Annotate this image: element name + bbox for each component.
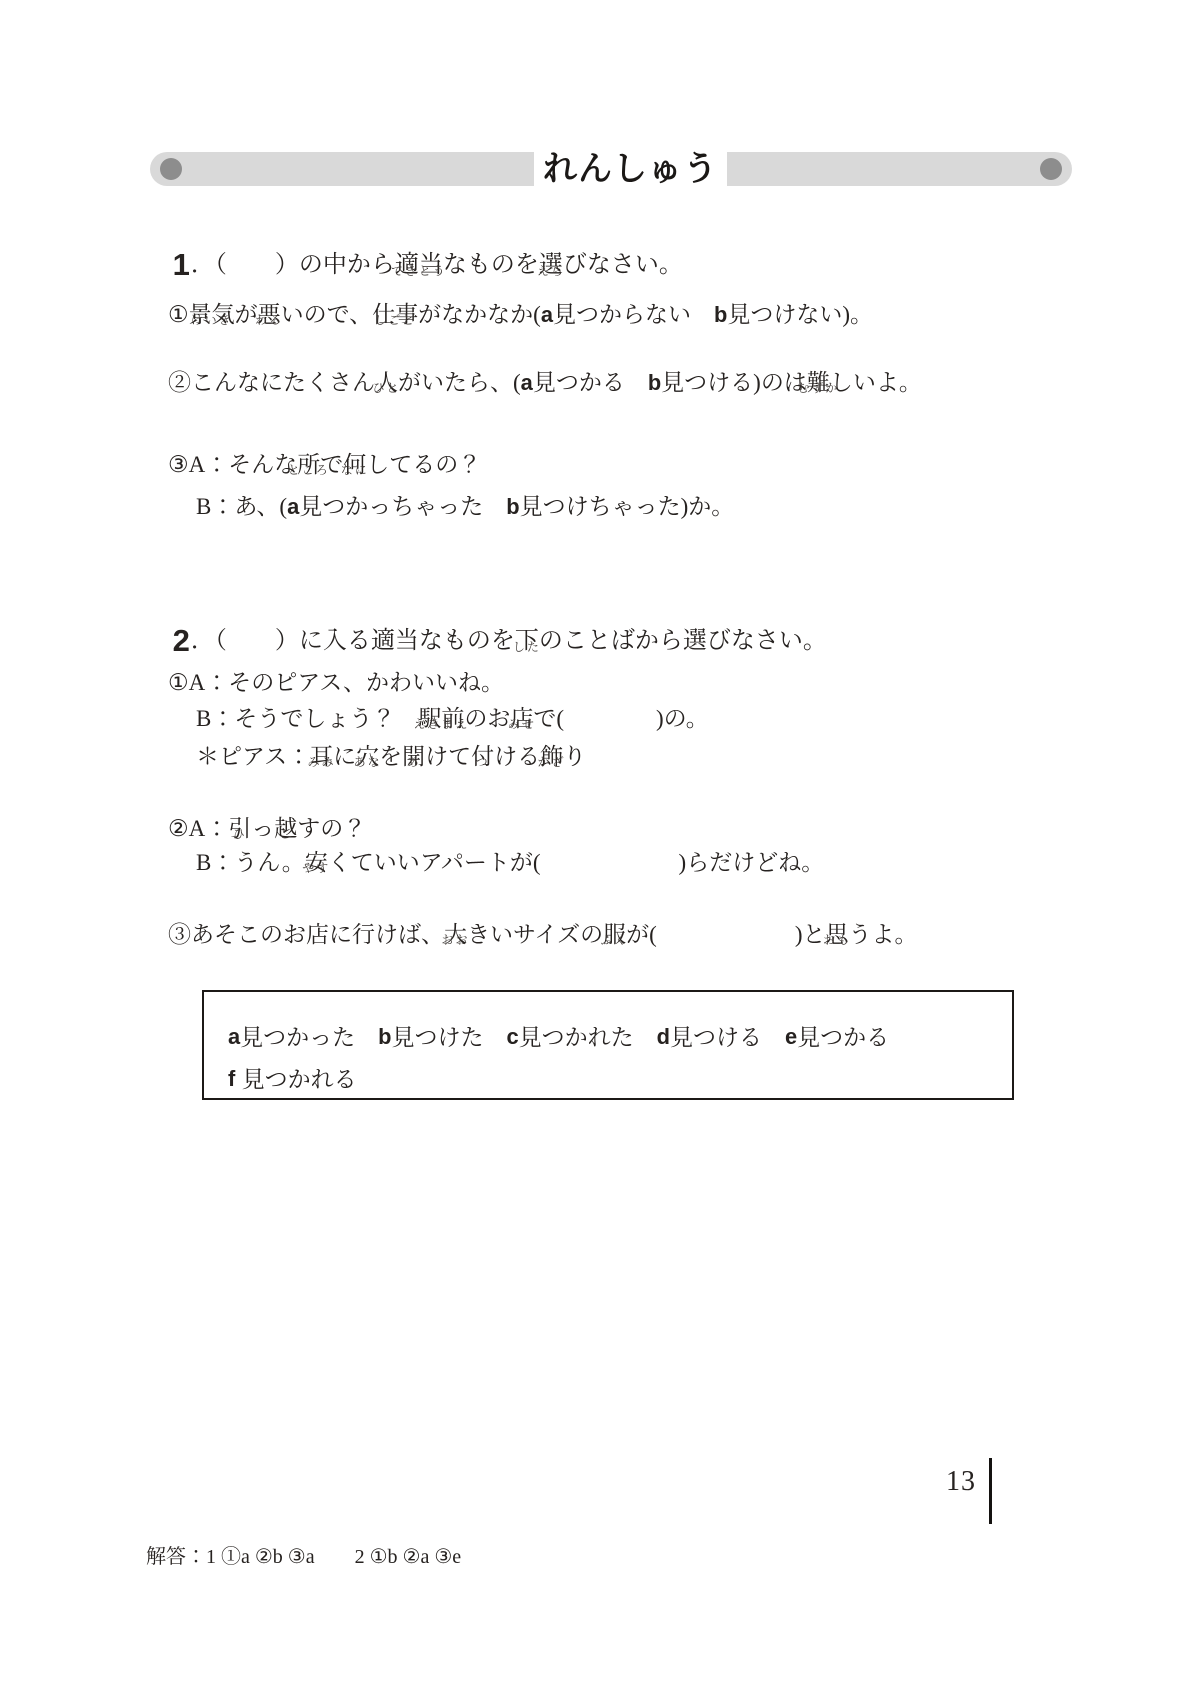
page-title: れんしゅう bbox=[534, 152, 727, 186]
text-segment: ①A：そのピアス、かわいいね。 bbox=[168, 668, 504, 698]
text-segment: きいサイズの bbox=[467, 920, 603, 950]
text-segment: 何なに bbox=[343, 450, 366, 480]
text-segment: くていいアパートが( )らだけどね。 bbox=[328, 848, 824, 878]
furigana-reading: ひと bbox=[372, 382, 400, 394]
option-letter: a bbox=[287, 492, 299, 522]
text-segment: けて bbox=[425, 742, 471, 772]
furigana-reading: こ bbox=[279, 828, 293, 840]
furigana-reading: あ bbox=[407, 756, 421, 768]
text-segment: 思おも bbox=[826, 920, 849, 950]
text-segment: しいよ。 bbox=[830, 368, 922, 398]
option-letter: b bbox=[506, 492, 519, 522]
furigana-reading: おお bbox=[441, 934, 469, 946]
text-segment: 引ひ bbox=[228, 814, 251, 844]
text-segment: がなかなか( bbox=[418, 300, 541, 330]
page-number: 13 bbox=[946, 1466, 976, 1498]
text-segment: びなさい。 bbox=[563, 250, 683, 280]
furigana-reading: えきまえ bbox=[413, 718, 469, 730]
section-2-number: 2 bbox=[173, 623, 190, 658]
text-segment: 越こ bbox=[274, 814, 297, 844]
question-line-1-3b: B：あ、(a見つかっちゃった b見つけちゃった)か。 bbox=[196, 492, 734, 522]
furigana-reading: てきとう bbox=[391, 265, 447, 277]
text-segment: ① bbox=[168, 300, 189, 330]
text-segment: ③あそこのお店に行けば、 bbox=[168, 920, 444, 950]
question-line-2-1a: ①A：そのピアス、かわいいね。 bbox=[168, 668, 504, 698]
text-segment: 開あ bbox=[402, 742, 425, 772]
right-dot-icon bbox=[1040, 158, 1062, 180]
text-segment: 見つけた bbox=[392, 1016, 507, 1058]
question-line-2-3: ③あそこのお店に行けば、大おおきいサイズの服ふくが( )と思おもうよ。 bbox=[168, 920, 918, 950]
option-letter: b bbox=[714, 300, 727, 330]
page-number-rule bbox=[989, 1458, 992, 1524]
option-letter: a bbox=[521, 368, 533, 398]
text-segment: 服ふく bbox=[603, 920, 626, 950]
option-letter: c bbox=[507, 1016, 519, 1058]
furigana-reading: した bbox=[513, 641, 541, 653]
text-segment: がいたら、( bbox=[398, 368, 521, 398]
text-segment: ．（ ）に入る適当なものを bbox=[191, 626, 515, 656]
text-segment: り bbox=[563, 742, 586, 772]
text-segment: 見つかっちゃった bbox=[299, 492, 506, 522]
choice-box-line-1: a見つかった b見つけた c見つかれた d見つける e見つかる bbox=[228, 1016, 1012, 1058]
choice-box: a見つかった b見つけた c見つかれた d見つける e見つかる f 見つかれる bbox=[202, 990, 1014, 1100]
text-segment: 見つける bbox=[670, 1016, 785, 1058]
text-segment: 安やす bbox=[305, 848, 328, 878]
option-letter: b bbox=[648, 368, 661, 398]
option-letter: e bbox=[785, 1016, 797, 1058]
furigana-reading: けいき bbox=[191, 314, 233, 326]
furigana-reading: なに bbox=[341, 464, 369, 476]
text-segment: いので、 bbox=[281, 300, 373, 330]
text-segment: 見つかる bbox=[533, 368, 648, 398]
text-segment: が( )と bbox=[626, 920, 825, 950]
text-segment: ③A：そんな bbox=[168, 450, 297, 480]
text-segment: 適当てきとう bbox=[395, 250, 443, 280]
choice-box-line-2: f 見つかれる bbox=[228, 1058, 1012, 1100]
textbook-page: れんしゅう 1．（ ）の中から適当てきとうなものを選えらびなさい。 ①景気けいき… bbox=[0, 0, 1200, 1689]
furigana-reading: わる bbox=[255, 314, 283, 326]
question-line-1-2: ②こんなにたくさん人ひとがいたら、(a見つかる b見つける)のは難むずかしいよ。 bbox=[168, 368, 922, 398]
furigana-reading: えら bbox=[537, 265, 565, 277]
header-bar-left bbox=[150, 152, 534, 186]
text-segment: で( )の。 bbox=[533, 704, 708, 734]
question-line-1-3a: ③A：そんな所ところで何なにしてるの？ bbox=[168, 450, 481, 480]
question-line-2-2a: ②A：引ひっ越こすの？ bbox=[168, 814, 366, 844]
furigana-reading: ひ bbox=[233, 828, 247, 840]
text-segment: うよ。 bbox=[849, 920, 918, 950]
text-segment: 店みせ bbox=[510, 704, 533, 734]
text-segment: を bbox=[379, 742, 402, 772]
text-segment: B：うん。 bbox=[196, 848, 305, 878]
text-segment: ②こんなにたくさん bbox=[168, 368, 375, 398]
question-line-2-2b: B：うん。安やすくていいアパートが( )らだけどね。 bbox=[196, 848, 824, 878]
furigana-reading: みせ bbox=[508, 718, 536, 730]
option-letter: f bbox=[228, 1058, 235, 1100]
furigana-reading: かざ bbox=[538, 756, 566, 768]
option-letter: b bbox=[378, 1016, 391, 1058]
text-segment: ．（ ）の中から bbox=[191, 250, 395, 280]
text-segment: B：そうでしょう？ bbox=[196, 704, 418, 734]
question-line-2-1b: B：そうでしょう？ 駅前えきまえのお店みせで( )の。 bbox=[196, 704, 709, 734]
text-segment: のお bbox=[464, 704, 510, 734]
text-segment: ②A： bbox=[168, 814, 228, 844]
text-segment: 選えら bbox=[539, 250, 563, 280]
text-segment: すの？ bbox=[297, 814, 366, 844]
furigana-reading: ふく bbox=[601, 934, 629, 946]
option-letter: d bbox=[657, 1016, 670, 1058]
practice-header: れんしゅう bbox=[150, 152, 1072, 186]
text-segment: 悪わる bbox=[258, 300, 281, 330]
text-segment: ける bbox=[494, 742, 540, 772]
text-segment: 耳みみ bbox=[310, 742, 333, 772]
text-segment: 見つけない)。 bbox=[727, 300, 873, 330]
text-segment: 見つかれた bbox=[519, 1016, 657, 1058]
text-segment: ＊ピアス： bbox=[196, 742, 310, 772]
option-letter: a bbox=[228, 1016, 240, 1058]
text-segment: 難むずか bbox=[807, 368, 830, 398]
furigana-reading: おも bbox=[823, 934, 851, 946]
text-segment: 所ところ bbox=[297, 450, 320, 480]
text-segment: 見つかった bbox=[240, 1016, 378, 1058]
text-segment: 穴あな bbox=[356, 742, 379, 772]
furigana-reading: あな bbox=[354, 756, 382, 768]
text-segment: してるの？ bbox=[366, 450, 481, 480]
text-segment: 見つけちゃった)か。 bbox=[520, 492, 735, 522]
text-segment: 見つからない bbox=[553, 300, 714, 330]
text-segment: 付つ bbox=[471, 742, 494, 772]
left-dot-icon bbox=[160, 158, 182, 180]
furigana-reading: しごと bbox=[374, 314, 416, 326]
text-segment: 見つける)のは bbox=[661, 368, 807, 398]
text-segment: 仕事しごと bbox=[372, 300, 418, 330]
answer-key: 解答：1 ①a ②b ③a 2 ①b ②a ③e bbox=[146, 1540, 461, 1569]
furigana-reading: つ bbox=[476, 756, 490, 768]
question-line-1-1: ①景気けいきが悪わるいので、仕事しごとがなかなか(a見つからない b見つけない)… bbox=[168, 300, 873, 330]
text-segment: 人ひと bbox=[375, 368, 398, 398]
text-segment: 下した bbox=[515, 626, 539, 656]
text-segment: 飾かざ bbox=[540, 742, 563, 772]
text-segment: 大おお bbox=[444, 920, 467, 950]
section-1-number: 1 bbox=[173, 247, 190, 282]
header-bar-right bbox=[727, 152, 1072, 186]
text-segment: なものを bbox=[443, 250, 539, 280]
option-letter: a bbox=[541, 300, 553, 330]
section-2-title: ．（ ）に入る適当なものを下したのことばから選びなさい。 bbox=[191, 630, 827, 657]
text-segment: のことばから選びなさい。 bbox=[539, 626, 827, 656]
section-1-title: ．（ ）の中から適当てきとうなものを選えらびなさい。 bbox=[191, 254, 683, 281]
text-segment: 駅前えきまえ bbox=[418, 704, 464, 734]
question-line-2-1-note: ＊ピアス：耳みみに穴あなを開あけて付つける飾かざり bbox=[196, 742, 586, 772]
text-segment: 景気けいき bbox=[189, 300, 235, 330]
text-segment: 見つかれる bbox=[235, 1058, 356, 1100]
furigana-reading: みみ bbox=[308, 756, 336, 768]
text-segment: B：あ、( bbox=[196, 492, 287, 522]
text-segment: 見つかる bbox=[797, 1016, 889, 1058]
text-segment: っ bbox=[251, 814, 274, 844]
furigana-reading: やす bbox=[302, 862, 330, 874]
